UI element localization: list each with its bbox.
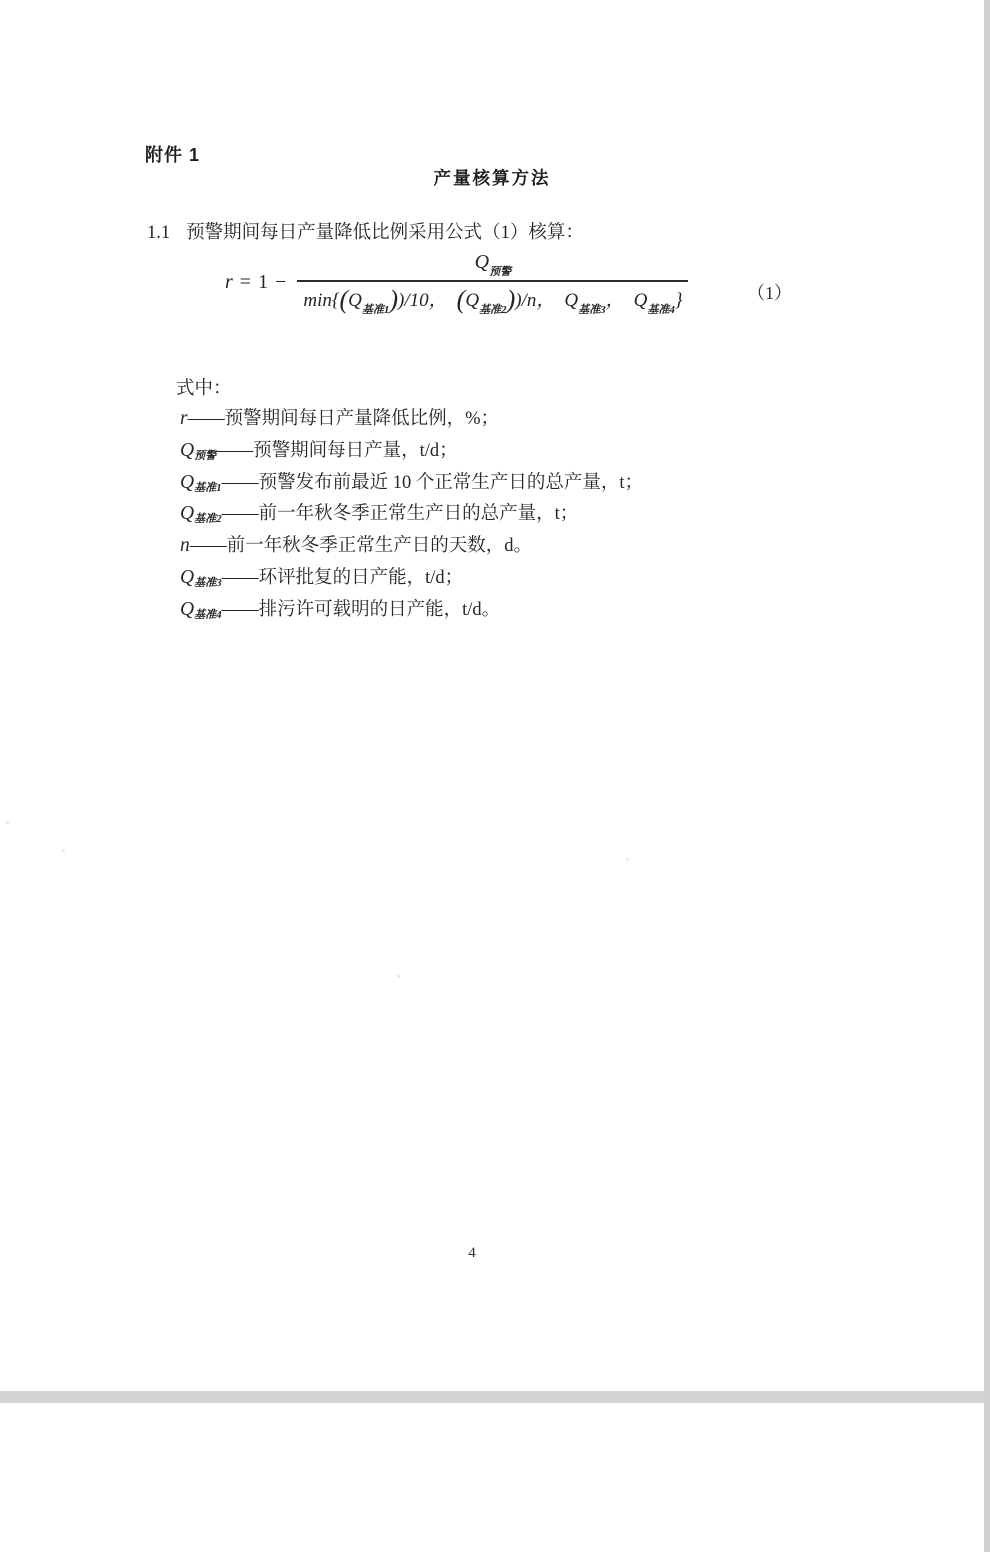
definition-subscript: 基准3 (194, 574, 222, 590)
close-paren: ) (389, 285, 398, 314)
equation-number: （1） (747, 279, 792, 305)
definition-row-q-jizhun2: Q基准2——前一年秋冬季正常生产日的总产量，t； (180, 499, 643, 531)
definition-text: ——预警期间每日产量降低比例，%； (188, 404, 499, 430)
formula-lhs: r = 1 − (225, 271, 293, 294)
section-text: 预警期间每日产量降低比例采用公式（1）核算： (186, 223, 584, 243)
term4-subscript: 基准4 (647, 304, 675, 316)
open-paren: ( (457, 285, 466, 314)
definition-text: ——预警期间每日产量，t/d； (216, 436, 458, 462)
definition-row-q-jizhun4: Q基准4——排污许可载明的日产能，t/d。 (180, 595, 643, 627)
term3-comma: ， (606, 290, 625, 311)
formula-numerator: Q预警 (297, 251, 688, 280)
term1-var: Q (348, 290, 362, 311)
page-bottom-edge (0, 1391, 984, 1403)
definition-var: Q (180, 503, 194, 525)
definition-text: ——环评批复的日产能，t/d； (222, 563, 464, 589)
term3-var: Q (564, 290, 578, 311)
formula-equation: r = 1 − Q预警 min{(Q基准1))/10，(Q基准2))/n，Q基准… (225, 251, 688, 315)
scan-speck (397, 975, 400, 978)
definition-row-q-jizhun1: Q基准1——预警发布前最近 10 个正常生产日的总产量，t； (180, 468, 643, 500)
formula-denominator: min{(Q基准1))/10，(Q基准2))/n，Q基准3，Q基准4} (297, 280, 688, 315)
definition-var: Q (180, 567, 194, 589)
scan-speck (626, 858, 629, 861)
section-number: 1.1 (147, 223, 170, 243)
definition-row-n: n——前一年秋冬季正常生产日的天数，d。 (180, 531, 643, 563)
term4-var: Q (634, 290, 648, 311)
definition-text: ——预警发布前最近 10 个正常生产日的总产量，t； (222, 468, 643, 494)
document-page: 附件 1 产量核算方法 1.1预警期间每日产量降低比例采用公式（1）核算： r … (0, 0, 984, 1391)
definition-var: Q (180, 440, 194, 462)
formula-lhs-var: r (225, 271, 234, 293)
term2-var: Q (465, 290, 479, 311)
where-label: 式中： (176, 374, 232, 400)
definition-row-q-yujing: Q预警——预警期间每日产量，t/d； (180, 436, 643, 468)
page-side-edge-strip (984, 0, 990, 1552)
open-paren: ( (339, 285, 348, 314)
page-title: 产量核算方法 (0, 165, 984, 190)
definition-var: r (180, 408, 188, 430)
section-heading: 1.1预警期间每日产量降低比例采用公式（1）核算： (147, 218, 584, 244)
definition-var: Q (180, 472, 194, 494)
term1-subscript: 基准1 (362, 304, 390, 316)
term2-subscript: 基准2 (479, 304, 507, 316)
scan-speck (62, 849, 65, 852)
term1-divisor: )/10， (398, 290, 448, 311)
definition-text: ——前一年秋冬季正常生产日的天数，d。 (190, 531, 532, 557)
definition-row-q-jizhun3: Q基准3——环评批复的日产能，t/d； (180, 563, 643, 595)
numerator-var: Q (475, 251, 489, 273)
formula-lhs-rest: = 1 − (234, 271, 294, 293)
definition-text: ——排污许可载明的日产能，t/d。 (222, 595, 501, 621)
definitions-list: r——预警期间每日产量降低比例，%； Q预警——预警期间每日产量，t/d； Q基… (180, 404, 643, 627)
formula-fraction: Q预警 min{(Q基准1))/10，(Q基准2))/n，Q基准3，Q基准4} (297, 251, 688, 315)
term3-subscript: 基准3 (578, 304, 606, 316)
numerator-subscript: 预警 (489, 266, 511, 278)
definition-subscript: 基准1 (194, 479, 222, 495)
close-brace: } (675, 290, 683, 311)
term2-divisor: )/n， (515, 290, 555, 311)
min-function: min (303, 290, 332, 311)
definition-var: Q (180, 599, 194, 621)
definition-subscript: 基准2 (194, 510, 222, 526)
definition-subscript: 预警 (194, 447, 216, 463)
page-number: 4 (0, 1245, 944, 1262)
definition-text: ——前一年秋冬季正常生产日的总产量，t； (222, 499, 579, 525)
scan-speck (6, 821, 9, 824)
definition-row-r: r——预警期间每日产量降低比例，%； (180, 404, 643, 436)
attachment-label: 附件 1 (145, 141, 200, 167)
definition-subscript: 基准4 (194, 606, 222, 622)
definition-var: n (180, 535, 190, 557)
close-paren: ) (507, 285, 516, 314)
